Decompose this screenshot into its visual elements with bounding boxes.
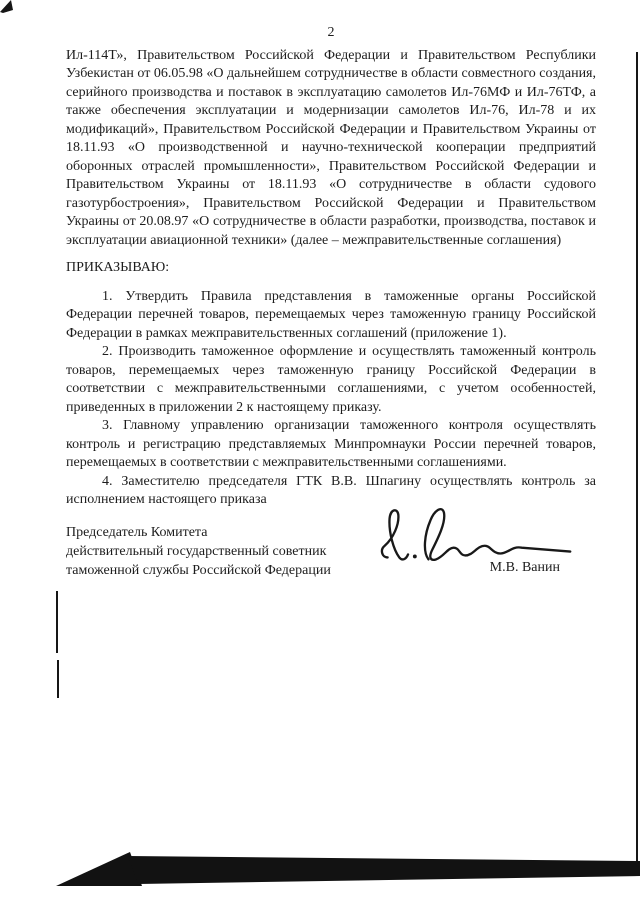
signatory-name: М.В. Ванин [490, 559, 560, 578]
order-item-1: 1. Утвердить Правила представления в там… [66, 288, 596, 344]
signature-block: Председатель Комитета действительный гос… [66, 523, 596, 603]
scan-artifact-left-tick-2 [57, 660, 59, 698]
document-page: 2 Ил-114Т», Правительством Российской Фе… [0, 0, 640, 900]
order-item-2: 2. Производить таможенное оформление и о… [66, 343, 596, 417]
order-word: ПРИКАЗЫВАЮ: [66, 259, 596, 278]
scan-artifact-left-tick-1 [56, 591, 58, 653]
scan-artifact-right-edge [636, 52, 638, 868]
scan-artifact-corner [0, 0, 14, 13]
scan-artifact-bottom-bar [0, 840, 640, 900]
page-number: 2 [66, 24, 596, 43]
order-item-3: 3. Главному управлению организации тамож… [66, 417, 596, 473]
intro-paragraph: Ил-114Т», Правительством Российской Феде… [66, 47, 596, 251]
document-content: 2 Ил-114Т», Правительством Российской Фе… [66, 24, 596, 603]
